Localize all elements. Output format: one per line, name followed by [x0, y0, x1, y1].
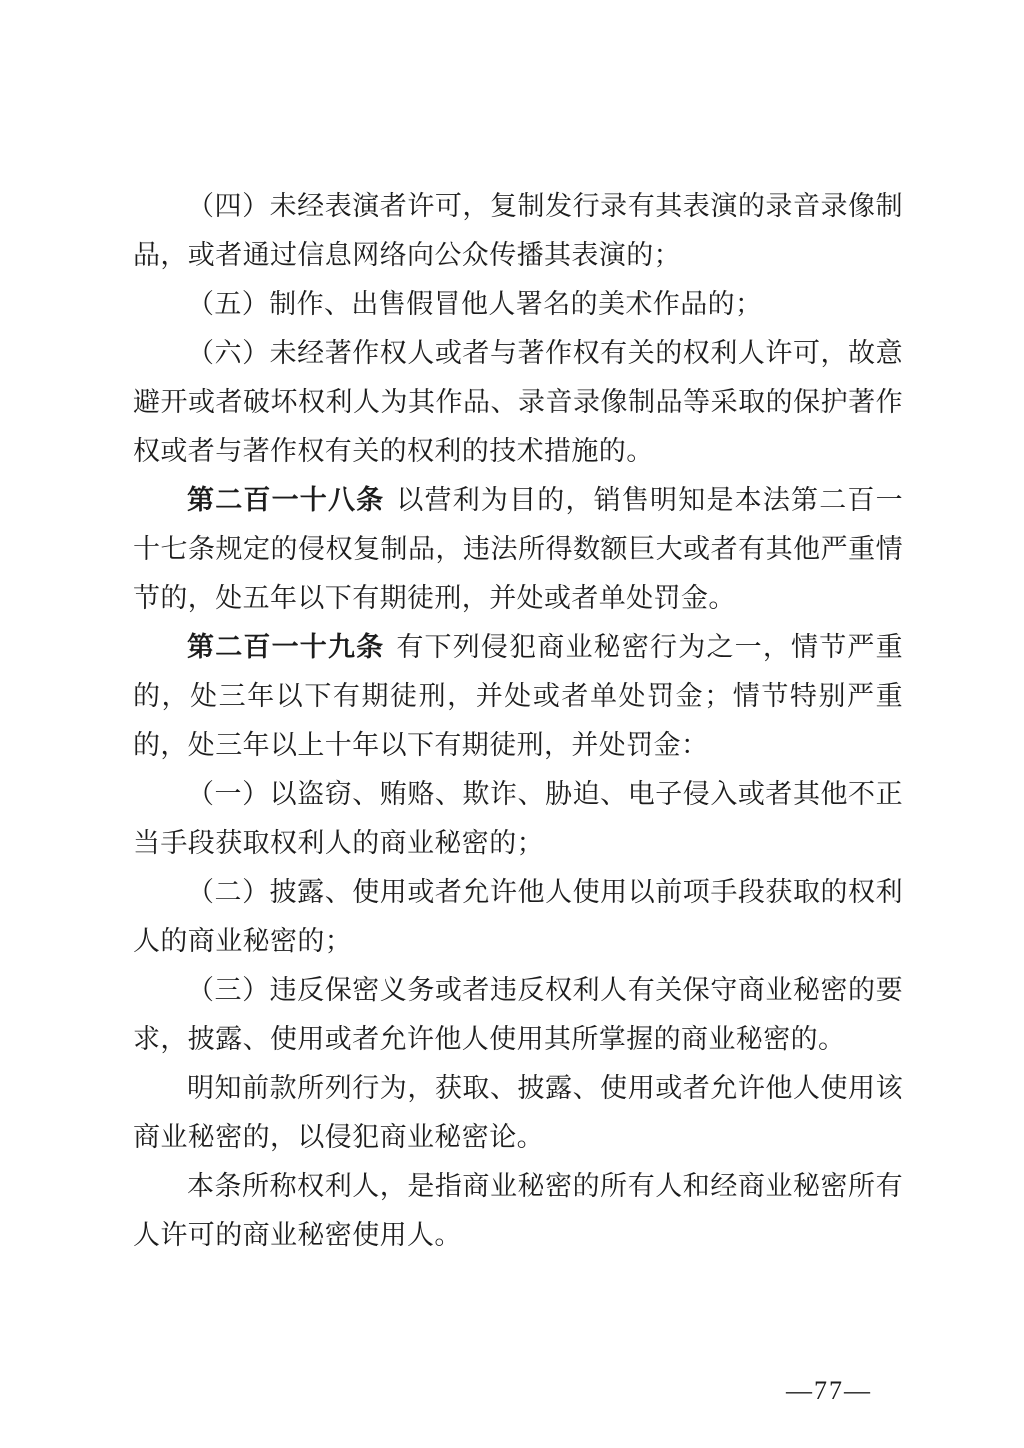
- legal-paragraph-article-218: 第二百一十八条以营利为目的，销售明知是本法第二百一十七条规定的侵权复制品，违法所…: [133, 476, 903, 623]
- legal-text-block: （四）未经表演者许可，复制发行录有其表演的录音录像制品，或者通过信息网络向公众传…: [133, 182, 903, 1260]
- paragraph-text: （三）违反保密义务或者违反权利人有关保守商业秘密的要求，披露、使用或者允许他人使…: [133, 975, 903, 1054]
- paragraph-text: 本条所称权利人，是指商业秘密的所有人和经商业秘密所有人许可的商业秘密使用人。: [133, 1171, 903, 1250]
- page-number: —77—: [786, 1376, 872, 1406]
- paragraph-text: （二）披露、使用或者允许他人使用以前项手段获取的权利人的商业秘密的；: [133, 877, 903, 956]
- legal-paragraph: （六）未经著作权人或者与著作权有关的权利人许可，故意避开或者破坏权利人为其作品、…: [133, 329, 903, 476]
- legal-paragraph: （五）制作、出售假冒他人署名的美术作品的；: [133, 280, 903, 329]
- legal-paragraph: （一）以盗窃、贿赂、欺诈、胁迫、电子侵入或者其他不正当手段获取权利人的商业秘密的…: [133, 770, 903, 868]
- legal-paragraph-article-219: 第二百一十九条有下列侵犯商业秘密行为之一，情节严重的，处三年以下有期徒刑，并处或…: [133, 623, 903, 770]
- legal-paragraph: 明知前款所列行为，获取、披露、使用或者允许他人使用该商业秘密的，以侵犯商业秘密论…: [133, 1064, 903, 1162]
- paragraph-text: （五）制作、出售假冒他人署名的美术作品的；: [187, 289, 762, 319]
- paragraph-text: 明知前款所列行为，获取、披露、使用或者允许他人使用该商业秘密的，以侵犯商业秘密论…: [133, 1073, 903, 1152]
- article-number: 第二百一十八条: [187, 485, 384, 515]
- article-number: 第二百一十九条: [187, 632, 384, 662]
- legal-paragraph: 本条所称权利人，是指商业秘密的所有人和经商业秘密所有人许可的商业秘密使用人。: [133, 1162, 903, 1260]
- legal-paragraph: （三）违反保密义务或者违反权利人有关保守商业秘密的要求，披露、使用或者允许他人使…: [133, 966, 903, 1064]
- legal-paragraph: （二）披露、使用或者允许他人使用以前项手段获取的权利人的商业秘密的；: [133, 868, 903, 966]
- document-page: （四）未经表演者许可，复制发行录有其表演的录音录像制品，或者通过信息网络向公众传…: [0, 0, 1024, 1448]
- paragraph-text: （四）未经表演者许可，复制发行录有其表演的录音录像制品，或者通过信息网络向公众传…: [133, 191, 903, 270]
- paragraph-text: （一）以盗窃、贿赂、欺诈、胁迫、电子侵入或者其他不正当手段获取权利人的商业秘密的…: [133, 779, 903, 858]
- legal-paragraph: （四）未经表演者许可，复制发行录有其表演的录音录像制品，或者通过信息网络向公众传…: [133, 182, 903, 280]
- paragraph-text: （六）未经著作权人或者与著作权有关的权利人许可，故意避开或者破坏权利人为其作品、…: [133, 338, 903, 466]
